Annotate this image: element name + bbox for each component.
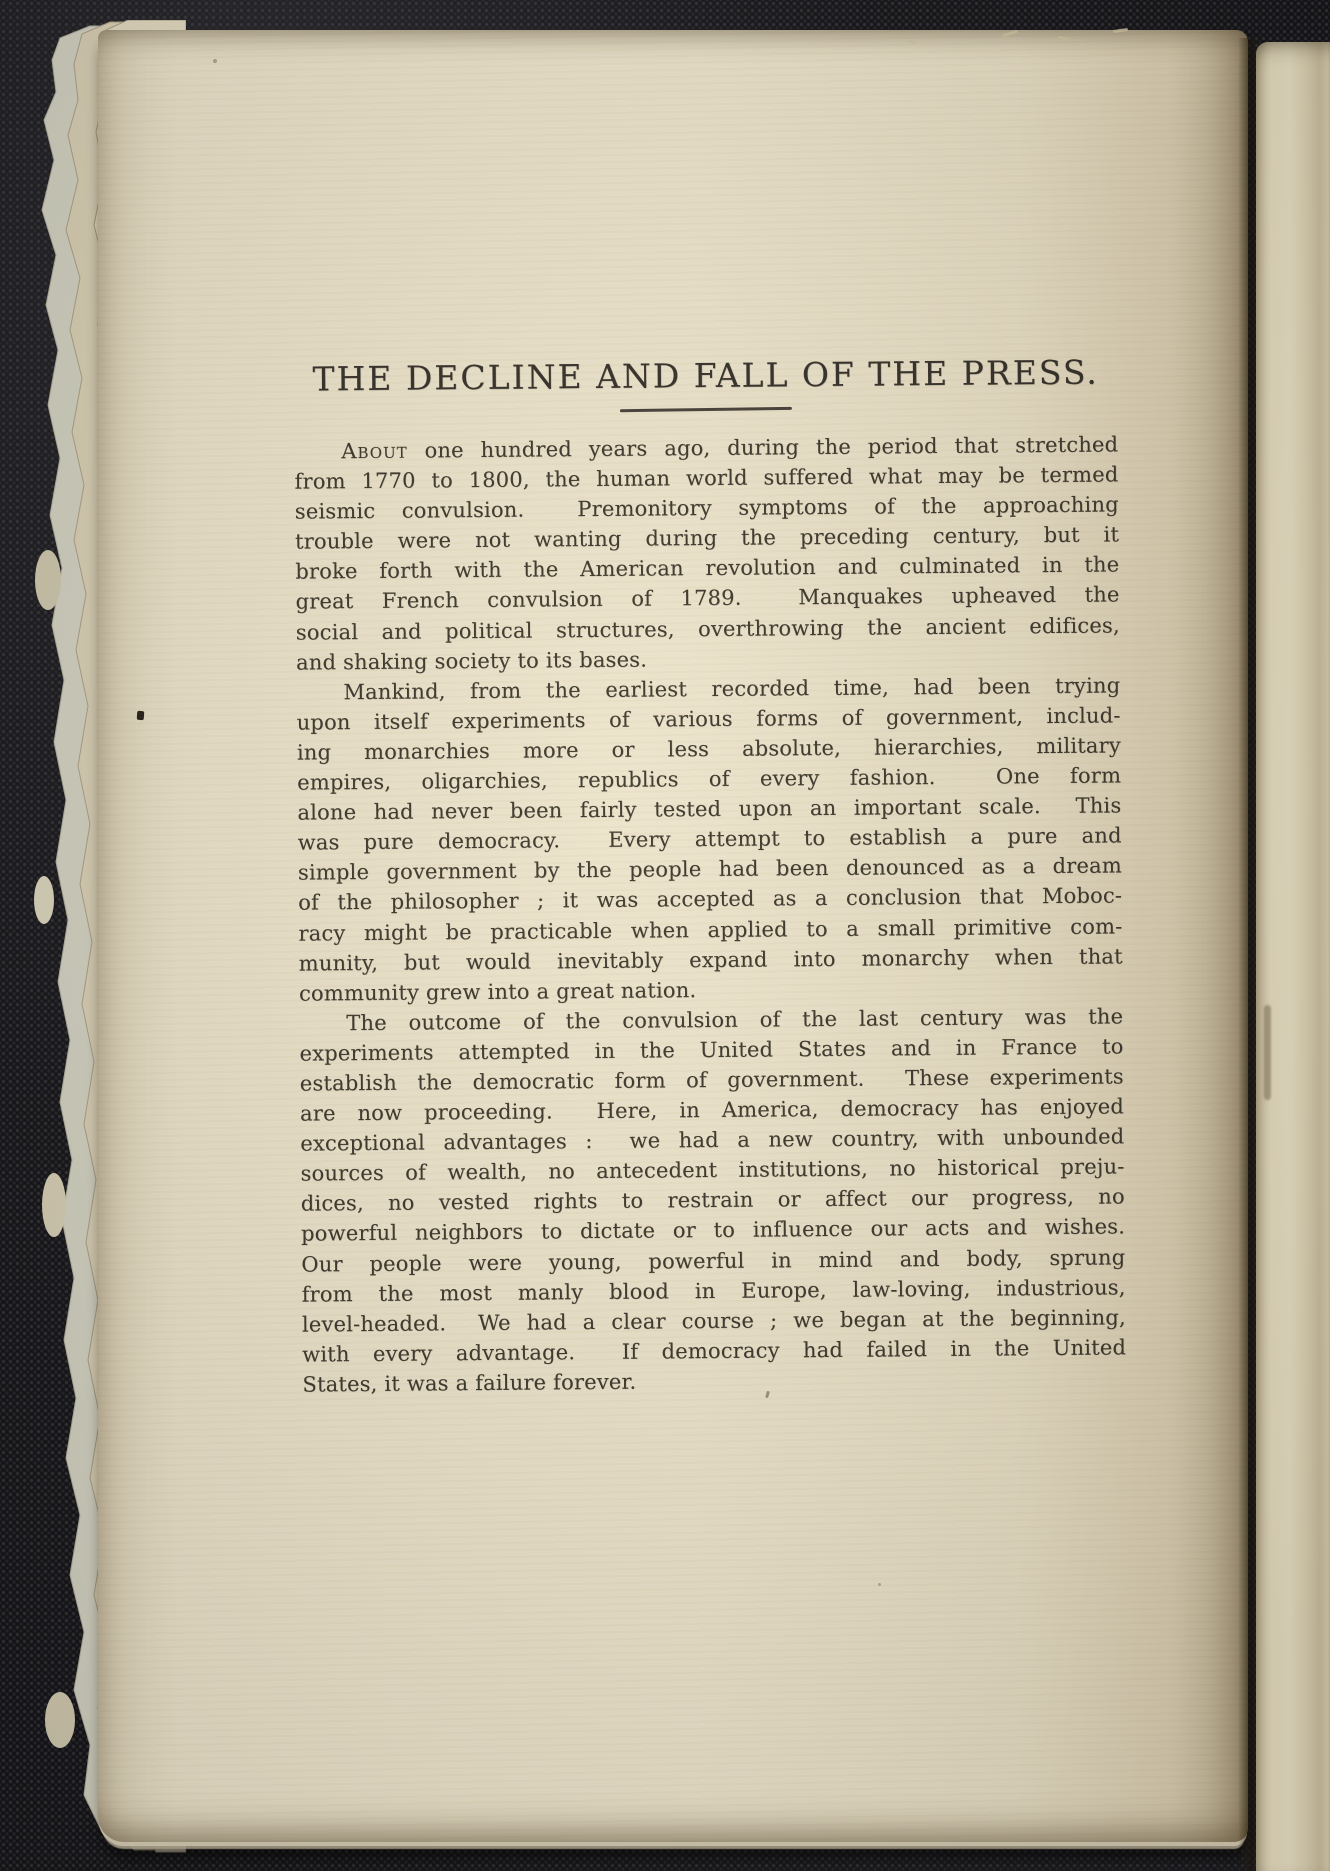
ink-speck — [137, 711, 145, 720]
ink-speck — [213, 59, 217, 63]
adjacent-page-edge — [1256, 42, 1330, 1871]
torn-paper-chunk — [42, 1173, 66, 1237]
ink-speck — [878, 1583, 881, 1586]
body-text: About one hundred years ago, during the … — [294, 429, 1126, 1399]
gutter-streak — [1264, 1005, 1271, 1100]
torn-paper-chunk — [34, 876, 54, 924]
page-text-block: THE DECLINE AND FALL OF THE PRESS. About… — [293, 352, 1126, 1399]
paragraph: The outcome of the convulsion of the las… — [299, 1001, 1126, 1399]
torn-paper-chunk — [35, 550, 61, 610]
torn-paper-chunk — [45, 1692, 75, 1748]
lead-word: About — [341, 439, 408, 464]
paragraph: Mankind, from the earliest recorded time… — [296, 670, 1123, 1008]
page-title: THE DECLINE AND FALL OF THE PRESS. — [293, 352, 1117, 399]
paragraph: About one hundred years ago, during the … — [294, 429, 1120, 677]
book-photo: THE DECLINE AND FALL OF THE PRESS. About… — [0, 0, 1330, 1871]
text-line: States, it was a failure forever. — [302, 1362, 1126, 1399]
book-page: THE DECLINE AND FALL OF THE PRESS. About… — [98, 30, 1248, 1842]
title-rule — [620, 407, 792, 412]
